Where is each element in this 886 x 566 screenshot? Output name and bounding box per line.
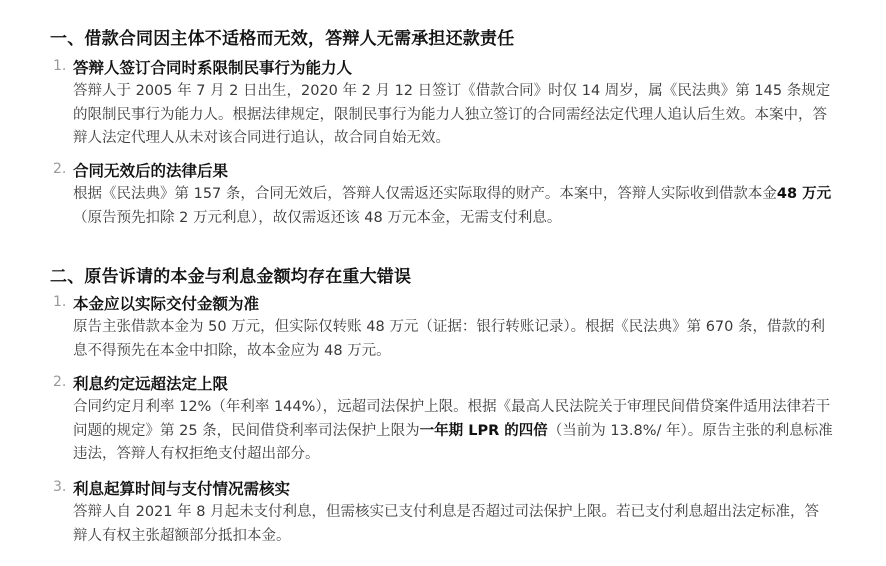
list-number: 1. — [53, 294, 66, 310]
item-body: 合同约定月利率 12%（年利率 144%），远超司法保护上限。根据《最高人民法院… — [73, 396, 833, 467]
list-item-2-3: 3. 利息起算时间与支付情况需核实 答辩人自 2021 年 8 月起未支付利息，… — [50, 478, 840, 548]
item-title: 利息起算时间与支付情况需核实 — [73, 478, 840, 501]
list-number: 1. — [53, 58, 66, 74]
item-title: 答辩人签订合同时系限制民事行为能力人 — [73, 57, 840, 80]
section-heading-1: 一、借款合同因主体不适格而无效，答辩人无需承担还款责任 — [50, 24, 514, 49]
item-body: 原告主张借款本金为 50 万元，但实际仅转账 48 万元（证据：银行转账记录）。… — [73, 316, 833, 363]
body-text: 根据《民法典》第 157 条，合同无效后，答辩人仅需返还实际取得的财产。本案中，… — [73, 186, 777, 202]
list-number: 3. — [53, 479, 66, 495]
list-number: 2. — [53, 161, 66, 177]
body-emphasis: 48 万元 — [777, 186, 831, 202]
item-title: 合同无效后的法律后果 — [73, 160, 840, 183]
item-title: 本金应以实际交付金额为准 — [73, 293, 840, 316]
section-heading-2: 二、原告诉请的本金与利息金额均存在重大错误 — [50, 262, 411, 287]
item-body: 答辩人自 2021 年 8 月起未支付利息，但需核实已支付利息是否超过司法保护上… — [73, 501, 833, 548]
list-number: 2. — [53, 374, 66, 390]
item-title: 利息约定远超法定上限 — [73, 373, 840, 396]
list-item-1-1: 1. 答辩人签订合同时系限制民事行为能力人 答辩人于 2005 年 7 月 2 … — [50, 57, 840, 151]
list-item-2-2: 2. 利息约定远超法定上限 合同约定月利率 12%（年利率 144%），远超司法… — [50, 373, 840, 467]
body-emphasis: 一年期 LPR 的四倍 — [420, 423, 548, 439]
body-text: （原告预先扣除 2 万元利息），故仅需返还该 48 万元本金，无需支付利息。 — [73, 210, 561, 226]
item-body: 答辩人于 2005 年 7 月 2 日出生，2020 年 2 月 12 日签订《… — [73, 80, 833, 151]
list-item-1-2: 2. 合同无效后的法律后果 根据《民法典》第 157 条，合同无效后，答辩人仅需… — [50, 160, 840, 230]
document-page: 一、借款合同因主体不适格而无效，答辩人无需承担还款责任 1. 答辩人签订合同时系… — [0, 0, 886, 566]
item-body: 根据《民法典》第 157 条，合同无效后，答辩人仅需返还实际取得的财产。本案中，… — [73, 183, 833, 230]
list-item-2-1: 1. 本金应以实际交付金额为准 原告主张借款本金为 50 万元，但实际仅转账 4… — [50, 293, 840, 363]
